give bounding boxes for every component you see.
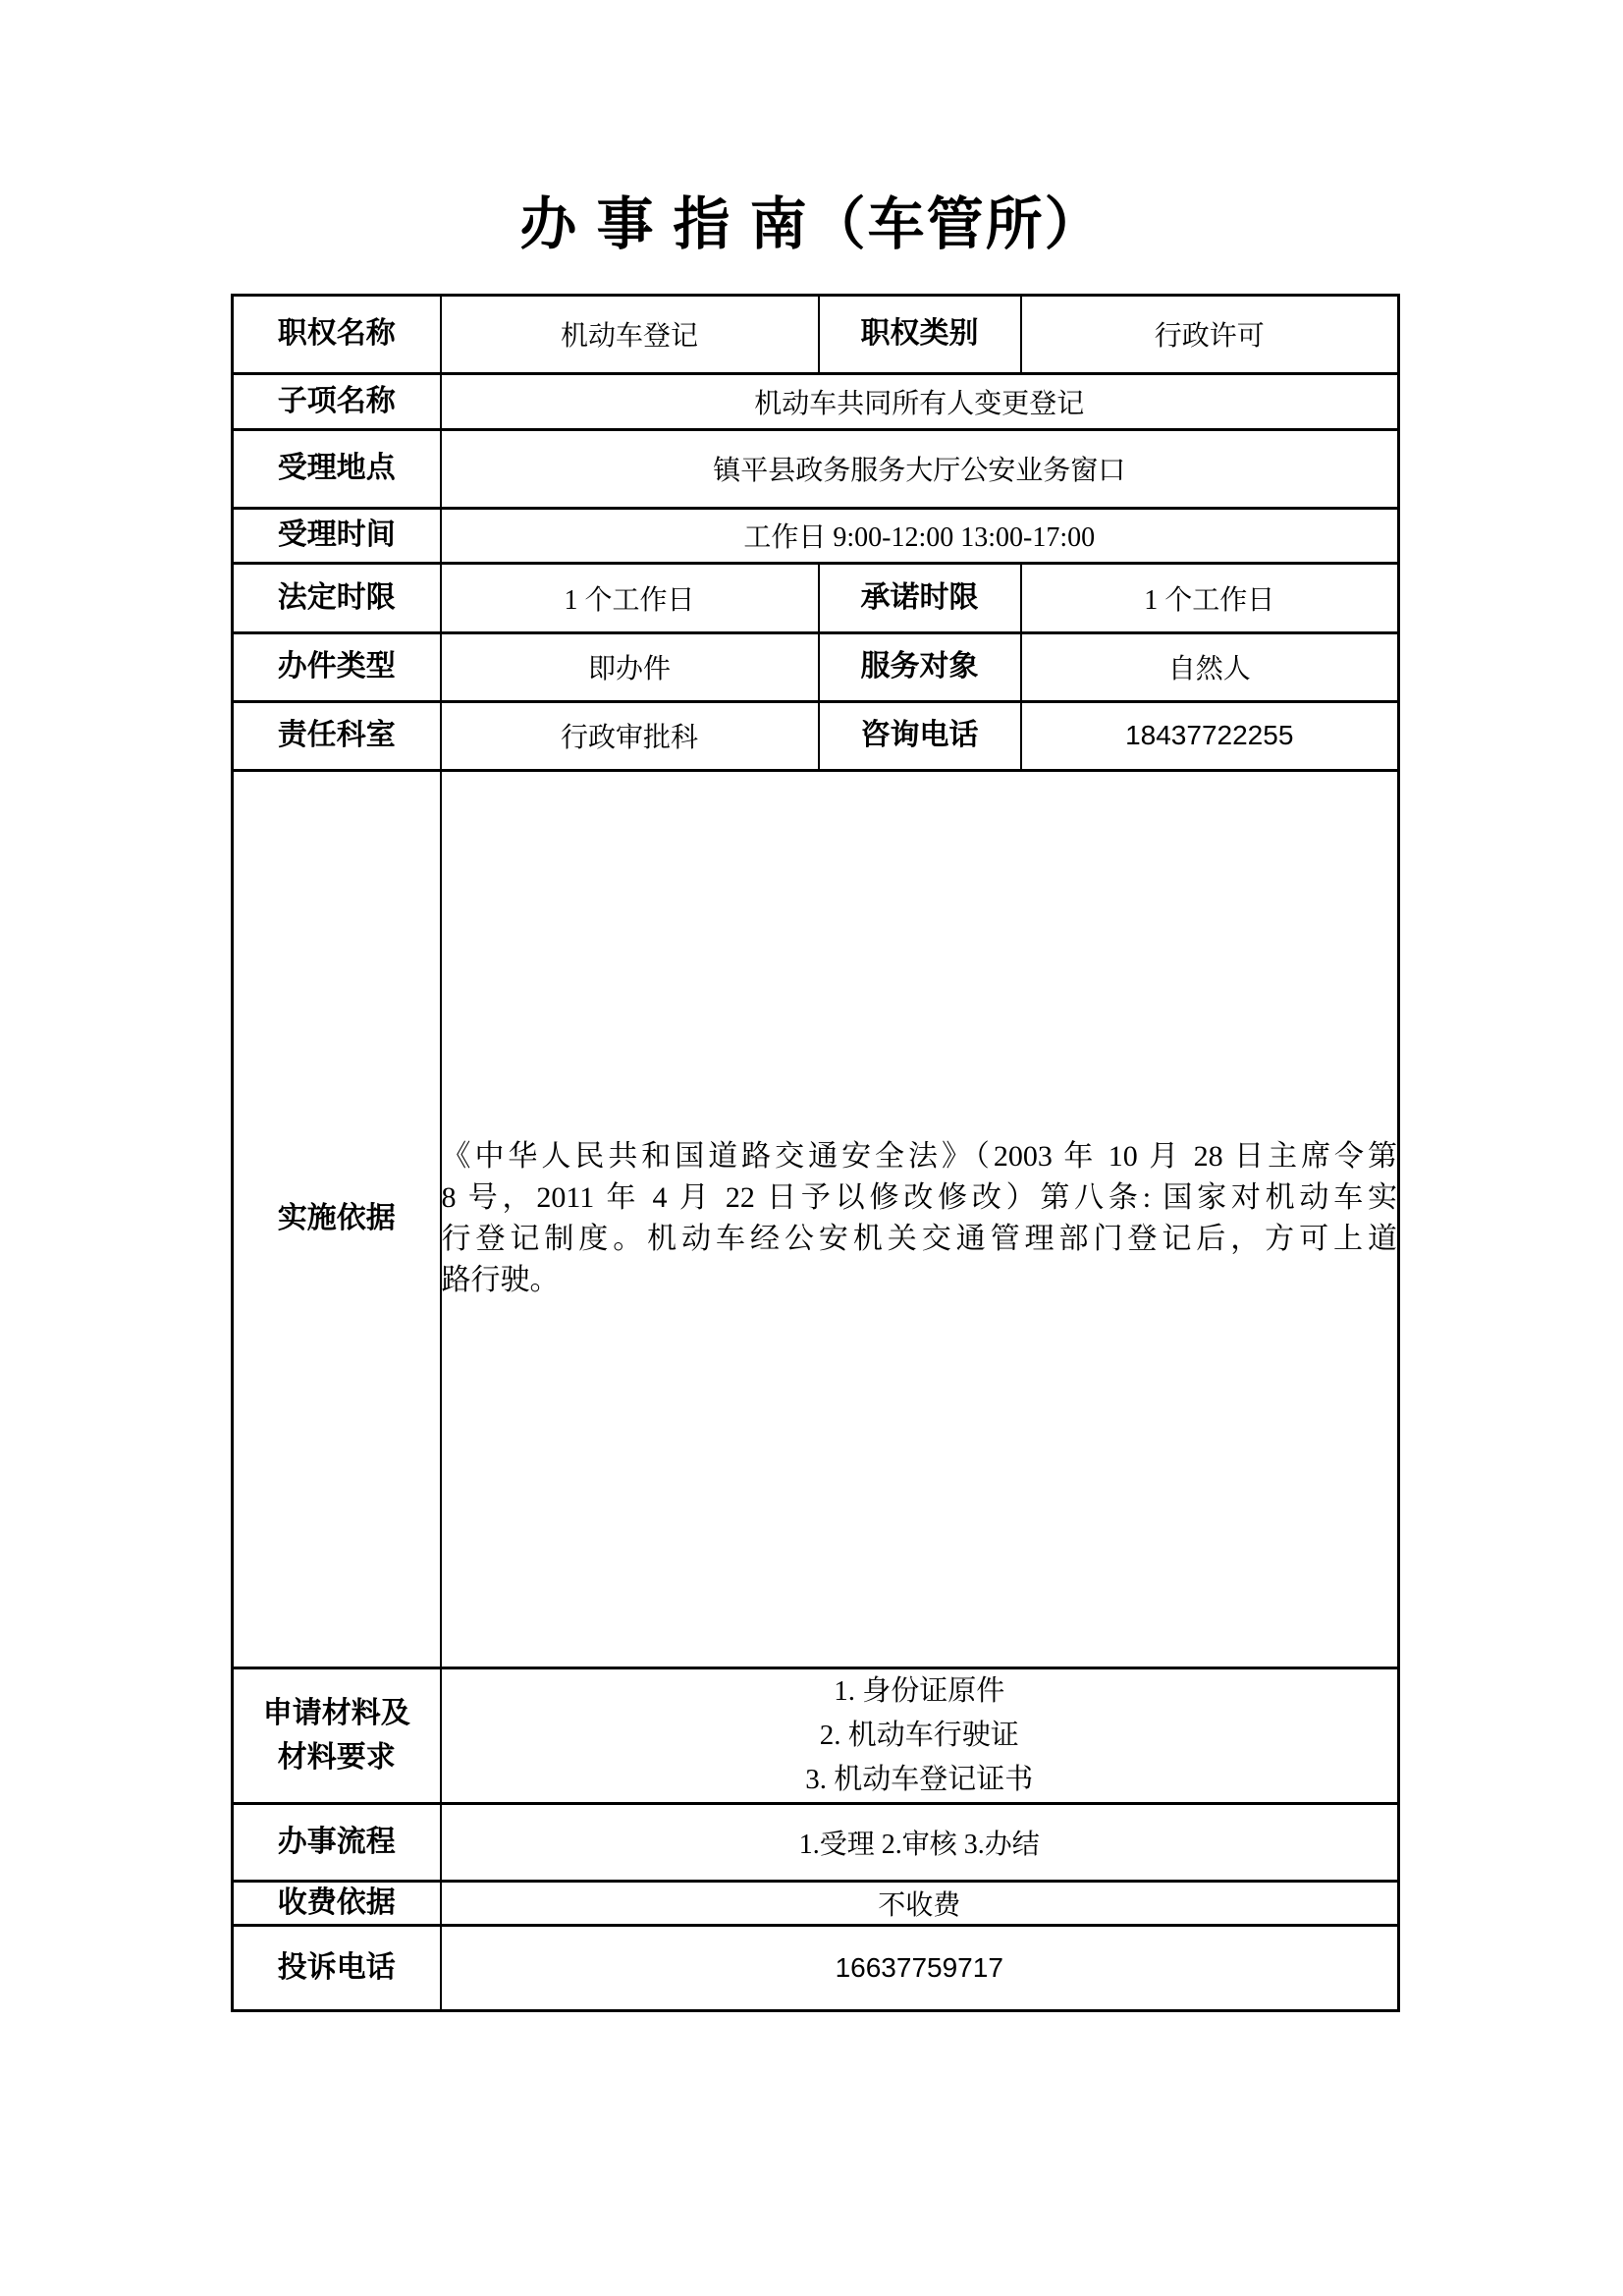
value-consult-phone: 18437722255 (1021, 701, 1399, 770)
label-service-target: 服务对象 (819, 632, 1021, 701)
value-accept-time: 工作日 9:00-12:00 13:00-17:00 (441, 508, 1399, 563)
label-process: 办事流程 (233, 1803, 441, 1881)
basis-text-line: 《中华人民共和国道路交通安全法》（2003 年 10 月 28 日主席令第 (442, 1136, 1398, 1177)
table-row-time-limits: 法定时限 1 个工作日 承诺时限 1 个工作日 (233, 563, 1399, 632)
table-row-fee-basis: 收费依据 不收费 (233, 1881, 1399, 1925)
label-authority-type: 职权类别 (819, 295, 1021, 373)
table-row-implementation-basis: 实施依据 《中华人民共和国道路交通安全法》（2003 年 10 月 28 日主席… (233, 770, 1399, 1667)
service-guide-table: 职权名称 机动车登记 职权类别 行政许可 子项名称 机动车共同所有人变更登记 受… (231, 294, 1400, 2012)
table-row-accept-place: 受理地点 镇平县政务服务大厅公安业务窗口 (233, 429, 1399, 508)
basis-text-line: 路行驶。 (442, 1260, 1398, 1301)
table-row-responsible-dept: 责任科室 行政审批科 咨询电话 18437722255 (233, 701, 1399, 770)
label-item-type: 办件类型 (233, 632, 441, 701)
label-fee-basis: 收费依据 (233, 1881, 441, 1925)
basis-text-line: 8 号，2011 年 4 月 22 日予以修改修改）第八条: 国家对机动车实 (442, 1177, 1398, 1219)
label-application-materials: 申请材料及 材料要求 (233, 1667, 441, 1803)
basis-text-line: 行登记制度。机动车经公安机关交通管理部门登记后，方可上道 (442, 1219, 1398, 1260)
table-row-application-materials: 申请材料及 材料要求 1. 身份证原件 2. 机动车行驶证 3. 机动车登记证书 (233, 1667, 1399, 1803)
table-row-complaint-phone: 投诉电话 16637759717 (233, 1925, 1399, 2010)
material-item: 3. 机动车登记证书 (442, 1758, 1398, 1802)
value-service-target: 自然人 (1021, 632, 1399, 701)
value-promise-limit: 1 个工作日 (1021, 563, 1399, 632)
value-complaint-phone: 16637759717 (441, 1925, 1399, 2010)
value-accept-place: 镇平县政务服务大厅公安业务窗口 (441, 429, 1399, 508)
label-sub-item: 子项名称 (233, 373, 441, 429)
value-authority-name: 机动车登记 (441, 295, 819, 373)
value-responsible-dept: 行政审批科 (441, 701, 819, 770)
label-responsible-dept: 责任科室 (233, 701, 441, 770)
table-row-accept-time: 受理时间 工作日 9:00-12:00 13:00-17:00 (233, 508, 1399, 563)
value-authority-type: 行政许可 (1021, 295, 1399, 373)
label-promise-limit: 承诺时限 (819, 563, 1021, 632)
table-row-authority: 职权名称 机动车登记 职权类别 行政许可 (233, 295, 1399, 373)
value-sub-item: 机动车共同所有人变更登记 (441, 373, 1399, 429)
label-authority-name: 职权名称 (233, 295, 441, 373)
value-legal-limit: 1 个工作日 (441, 563, 819, 632)
value-application-materials: 1. 身份证原件 2. 机动车行驶证 3. 机动车登记证书 (441, 1667, 1399, 1803)
material-item: 2. 机动车行驶证 (442, 1714, 1398, 1758)
material-item: 1. 身份证原件 (442, 1669, 1398, 1714)
page-title: 办 事 指 南（车管所） (0, 0, 1623, 258)
value-implementation-basis: 《中华人民共和国道路交通安全法》（2003 年 10 月 28 日主席令第 8 … (441, 770, 1399, 1667)
label-consult-phone: 咨询电话 (819, 701, 1021, 770)
label-implementation-basis: 实施依据 (233, 770, 441, 1667)
value-item-type: 即办件 (441, 632, 819, 701)
label-accept-time: 受理时间 (233, 508, 441, 563)
table-row-process: 办事流程 1.受理 2.审核 3.办结 (233, 1803, 1399, 1881)
label-accept-place: 受理地点 (233, 429, 441, 508)
table-row-item-type: 办件类型 即办件 服务对象 自然人 (233, 632, 1399, 701)
document-page: 办 事 指 南（车管所） 职权名称 机动车登记 职权类别 行政许可 子项名称 机… (0, 0, 1623, 2296)
label-complaint-phone: 投诉电话 (233, 1925, 441, 2010)
table-row-sub-item: 子项名称 机动车共同所有人变更登记 (233, 373, 1399, 429)
label-legal-limit: 法定时限 (233, 563, 441, 632)
value-process: 1.受理 2.审核 3.办结 (441, 1803, 1399, 1881)
value-fee-basis: 不收费 (441, 1881, 1399, 1925)
